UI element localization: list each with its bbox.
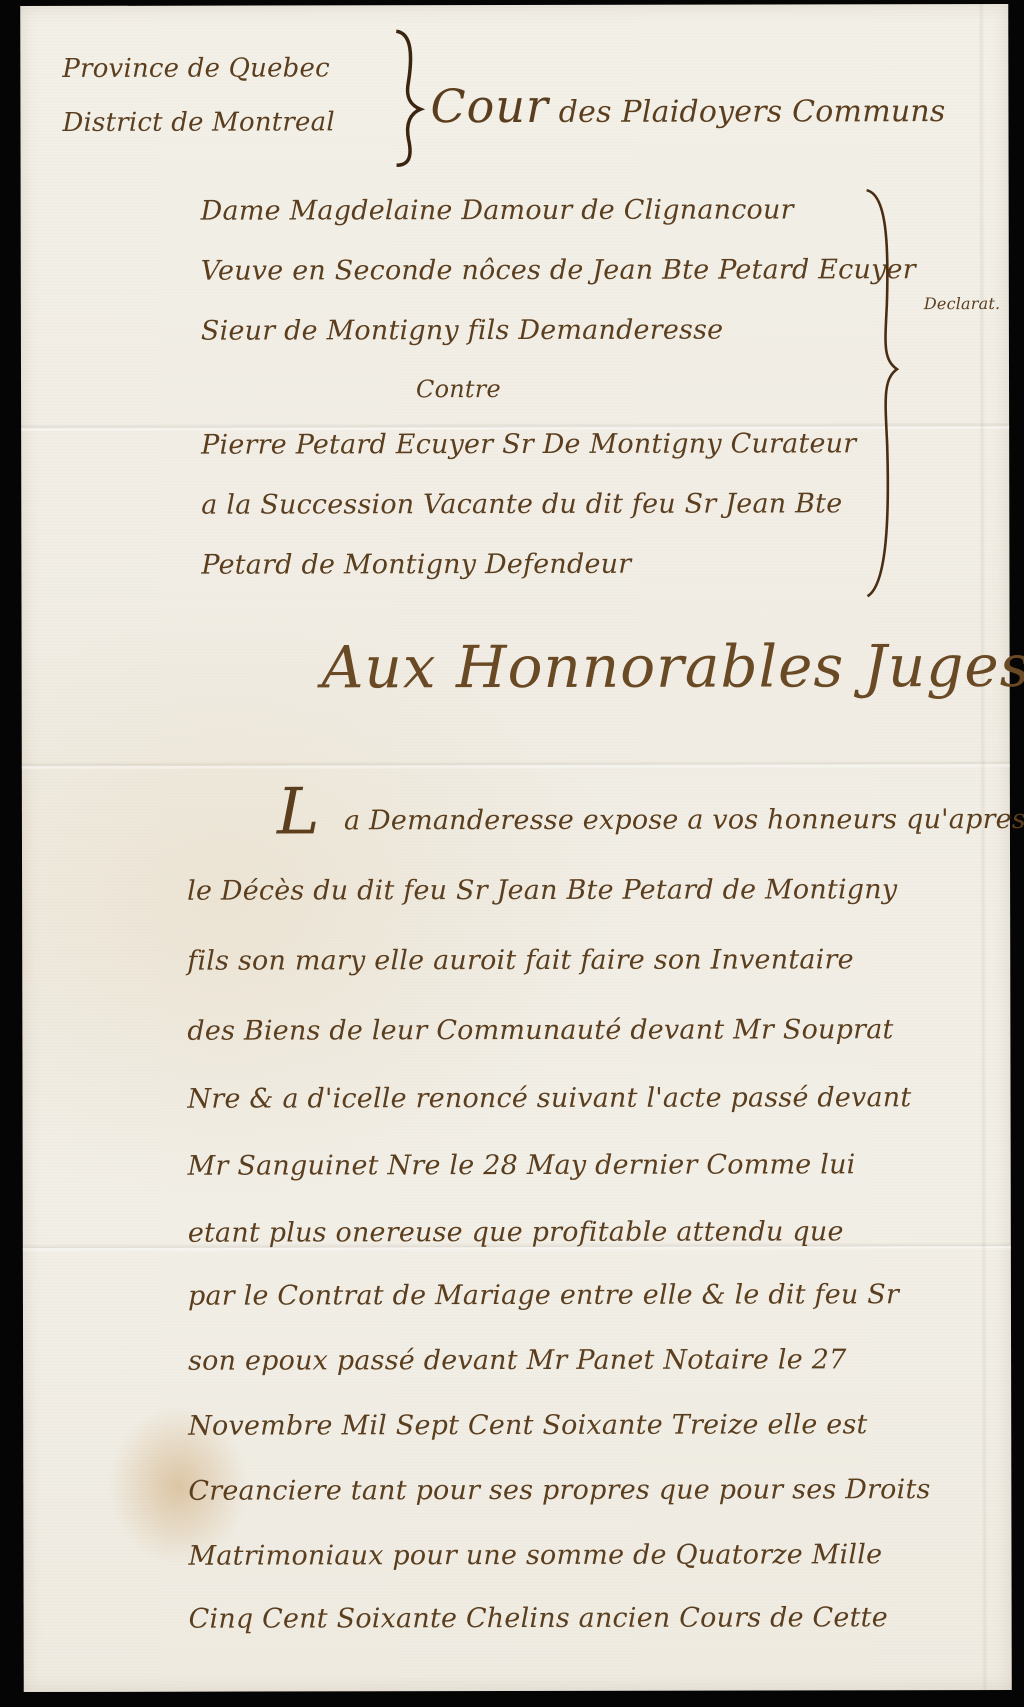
body-line: Cinq Cent Soixante Chelins ancien Cours … <box>189 1602 888 1634</box>
body-line: Creanciere tant pour ses propres que pou… <box>188 1474 930 1507</box>
body-line: le Décès du dit feu Sr Jean Bte Petard d… <box>187 874 897 906</box>
body-line: par le Contrat de Mariage entre elle & l… <box>188 1279 899 1311</box>
header-brace-icon <box>390 27 430 167</box>
defendant-line: Petard de Montigny Defendeur <box>201 549 631 581</box>
jurisdiction-block: Province de Quebec District de Montreal <box>62 41 335 150</box>
jurisdiction-district: District de Montreal <box>62 95 334 150</box>
body-line: Matrimoniaux pour une somme de Quatorze … <box>188 1539 882 1571</box>
parties-brace-icon <box>863 184 904 604</box>
plaintiff-line: Dame Magdelaine Damour de Clignancour <box>201 194 794 226</box>
body-line: son epoux passé devant Mr Panet Notaire … <box>188 1344 846 1376</box>
body-line: fils son mary elle auroit fait faire son… <box>187 944 854 976</box>
body-line: Nre & a d'icelle renoncé suivant l'acte … <box>187 1082 911 1115</box>
defendant-line: a la Succession Vacante du dit feu Sr Je… <box>201 488 842 520</box>
body-line: Novembre Mil Sept Cent Soixante Treize e… <box>188 1409 867 1441</box>
court-title: Cour des Plaidoyers Communs <box>430 78 945 133</box>
margin-note: Declarat. <box>924 294 1000 313</box>
plaintiff-line: Sieur de Montigny fils Demanderesse <box>201 315 723 347</box>
plaintiff-line: Veuve en Seconde nôces de Jean Bte Petar… <box>201 254 916 286</box>
body-line: etant plus onereuse que profitable atten… <box>188 1216 844 1248</box>
fold-line-vertical <box>978 4 988 1690</box>
body-line: a Demanderesse expose a vos honneurs qu'… <box>344 804 1024 836</box>
body-line: Mr Sanguinet Nre le 28 May dernier Comme… <box>188 1149 856 1181</box>
address-heading: Aux Honnorables Juges <box>322 632 1024 701</box>
document-scan: Province de Quebec District de Montreal … <box>0 0 1024 1707</box>
defendant-line: Pierre Petard Ecuyer Sr De Montigny Cura… <box>201 428 856 460</box>
court-title-rest: des Plaidoyers Communs <box>559 94 946 130</box>
court-title-first-word: Cour <box>430 79 549 133</box>
body-line: des Biens de leur Communauté devant Mr S… <box>187 1014 893 1046</box>
drop-cap: L <box>277 775 320 849</box>
fold-line <box>22 760 1010 770</box>
manuscript-page: Province de Quebec District de Montreal … <box>20 4 1012 1692</box>
versus-label: Contre <box>416 375 501 403</box>
jurisdiction-province: Province de Quebec <box>62 41 334 96</box>
